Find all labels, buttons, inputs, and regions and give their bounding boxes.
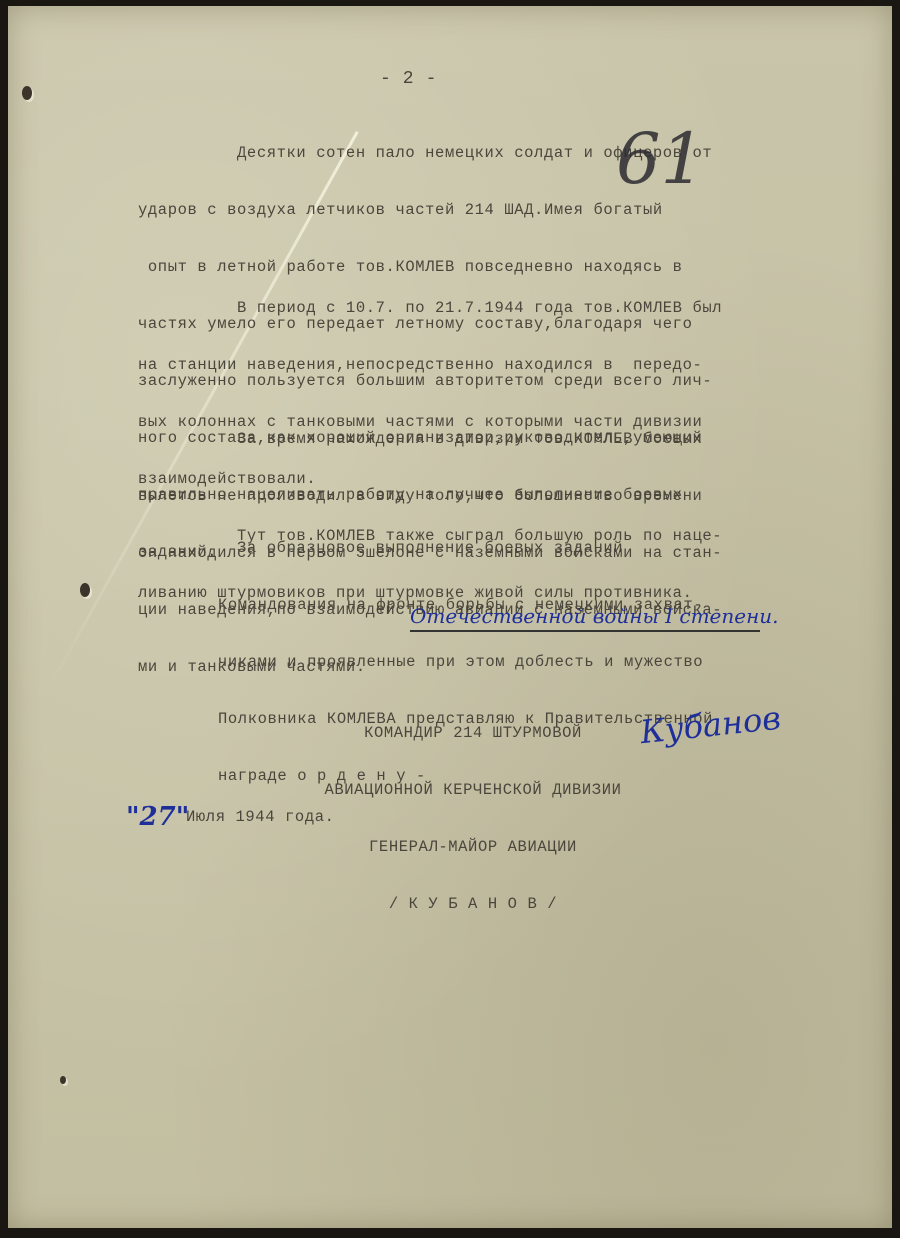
signature-line: КОМАНДИР 214 ШТУРМОВОЙ xyxy=(288,724,658,743)
signature-line: / К У Б А Н О В / xyxy=(288,895,658,914)
page-number: - 2 - xyxy=(380,70,437,89)
text-line: чиками и проявленные при этом доблесть и… xyxy=(138,653,713,672)
signature-line: ГЕНЕРАЛ-МАЙОР АВИАЦИИ xyxy=(288,838,658,857)
date-text: Июля 1944 года. xyxy=(186,808,335,827)
punch-hole xyxy=(22,86,32,100)
punch-hole xyxy=(80,583,90,597)
text-line: на станции наведения,непосредственно нах… xyxy=(138,356,722,375)
text-line: За образцовое выполнение боевых заданий xyxy=(138,539,713,558)
text-line: В период с 10.7. по 21.7.1944 года тов.К… xyxy=(138,299,722,318)
text-line: За время нахождения в дивизии тов.КОМЛЕВ… xyxy=(138,430,722,449)
signature-block: КОМАНДИР 214 ШТУРМОВОЙ АВИАЦИОННОЙ КЕРЧЕ… xyxy=(288,686,658,952)
handwritten-mark: 61 xyxy=(616,118,705,200)
text-line: ударов с воздуха летчиков частей 214 ШАД… xyxy=(138,201,712,220)
punch-hole xyxy=(60,1076,66,1084)
date-day: "27" xyxy=(126,802,189,832)
handwritten-award: Отечественной войны I степени. xyxy=(410,604,779,628)
signature-line: АВИАЦИОННОЙ КЕРЧЕНСКОЙ ДИВИЗИИ xyxy=(288,781,658,800)
award-underline xyxy=(410,630,760,632)
document-page: - 2 - Десятки сотен пало немецких солдат… xyxy=(8,6,892,1228)
